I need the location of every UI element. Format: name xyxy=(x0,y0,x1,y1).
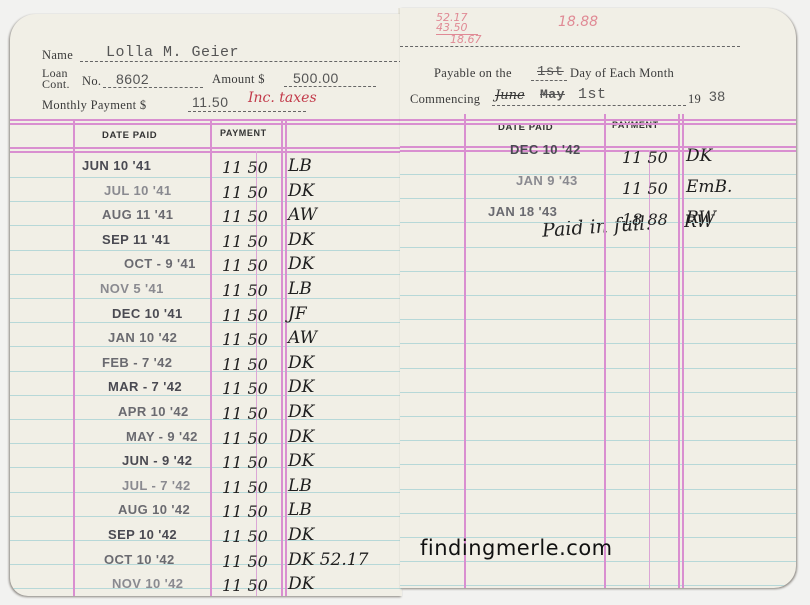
monthly-payment-label: Monthly Payment $ xyxy=(42,98,146,113)
teller-initials: AW xyxy=(288,205,317,225)
ruled-line xyxy=(10,492,402,493)
col-payment-right: PAYMENT xyxy=(612,120,659,130)
payment-amount: 18 88 xyxy=(622,210,668,229)
margin-rule-horizontal xyxy=(10,119,402,121)
calc-line-2: 43.50 xyxy=(436,23,482,33)
margin-rule-horizontal xyxy=(10,151,402,153)
loan-number: 8602 xyxy=(116,71,149,87)
date-paid-stamp: MAR - 7 '42 xyxy=(108,379,182,394)
ruled-line xyxy=(400,585,796,586)
ruled-line xyxy=(10,225,402,226)
date-paid-stamp: JUN - 9 '42 xyxy=(122,453,192,468)
ruled-line xyxy=(10,298,402,299)
teller-initials: LB xyxy=(288,279,312,299)
ruled-line xyxy=(400,222,796,223)
date-paid-stamp: JUL - 7 '42 xyxy=(122,478,191,493)
margin-rule-vertical xyxy=(604,114,606,588)
payment-amount: 11 50 xyxy=(222,232,268,251)
date-paid-stamp: OCT 10 '42 xyxy=(104,552,175,567)
margin-rule-vertical xyxy=(210,120,212,596)
teller-initials: JF xyxy=(288,304,307,324)
payment-amount: 11 50 xyxy=(222,330,268,349)
ruled-line xyxy=(400,319,796,320)
margin-rule-horizontal xyxy=(400,150,796,152)
margin-rule-vertical xyxy=(285,120,287,596)
ruled-line xyxy=(10,540,402,541)
payment-amount: 11 50 xyxy=(622,148,668,167)
teller-initials: DK xyxy=(288,353,314,373)
right-page: 52.17 43.50 18.67 18.88 Payable on the 1… xyxy=(400,8,796,588)
teller-initials: DK xyxy=(686,146,712,166)
date-paid-stamp: JUN 10 '41 xyxy=(82,158,151,173)
payment-amount: 11 50 xyxy=(222,379,268,398)
date-paid-stamp: MAY - 9 '42 xyxy=(126,429,198,444)
date-paid-stamp: NOV 10 '42 xyxy=(112,576,183,591)
calc-result: 18.67 xyxy=(436,35,482,45)
teller-initials: DK xyxy=(288,377,314,397)
payment-amount: 11 50 xyxy=(222,453,268,472)
ruled-line xyxy=(400,343,796,344)
payment-amount: 11 50 xyxy=(622,179,668,198)
ruled-line xyxy=(10,250,402,251)
payment-amount: 11 50 xyxy=(222,576,268,595)
payment-amount: 11 50 xyxy=(222,429,268,448)
date-paid-stamp: JAN 9 '43 xyxy=(516,173,578,188)
date-paid-stamp: JAN 10 '42 xyxy=(108,330,177,345)
payment-amount: 11 50 xyxy=(222,207,268,226)
payment-amount: 11 50 xyxy=(222,527,268,546)
ruled-line xyxy=(400,174,796,175)
margin-rule-horizontal xyxy=(10,123,402,125)
teller-initials: DK xyxy=(288,427,314,447)
ruled-line xyxy=(10,443,402,444)
ruled-line xyxy=(400,247,796,248)
teller-initials: DK xyxy=(288,181,314,201)
margin-rule-vertical xyxy=(73,120,75,596)
teller-initials: DK xyxy=(288,525,314,545)
teller-initials: AW xyxy=(288,328,317,348)
teller-initials: LB xyxy=(288,500,312,520)
ruled-line xyxy=(10,322,402,323)
teller-initials: DK xyxy=(288,230,314,250)
cont-label: Cont. xyxy=(42,79,70,90)
no-label: No. xyxy=(82,74,101,89)
ruled-line xyxy=(10,516,402,517)
ruled-line xyxy=(400,513,796,514)
name-line xyxy=(80,61,402,62)
ruled-line xyxy=(10,346,402,347)
commencing-struck-month-2: May xyxy=(540,87,565,102)
date-paid-stamp: DEC 10 '42 xyxy=(510,142,581,157)
margin-rule-horizontal xyxy=(400,123,796,125)
borrower-name: Lolla M. Geier xyxy=(106,44,239,61)
date-paid-stamp: APR 10 '42 xyxy=(118,404,189,419)
date-paid-stamp: AUG 11 '41 xyxy=(102,207,173,222)
payment-amount: 11 50 xyxy=(222,502,268,521)
loan-no-line xyxy=(103,87,203,88)
payment-amount: 11 50 xyxy=(222,256,268,275)
payment-amount: 11 50 xyxy=(222,306,268,325)
margin-rule-vertical xyxy=(678,114,680,588)
teller-initials: EmB. xyxy=(686,177,732,197)
teller-initials: LB xyxy=(288,156,312,176)
date-paid-stamp: SEP 10 '42 xyxy=(108,527,177,542)
commencing-line xyxy=(492,105,686,106)
payable-day: 1st xyxy=(537,64,564,80)
teller-initials: DK 52.17 xyxy=(288,550,368,570)
payment-amount: 11 50 xyxy=(222,478,268,497)
amount-label: Amount $ xyxy=(212,72,265,87)
name-label: Name xyxy=(42,48,73,63)
ruled-line xyxy=(400,489,796,490)
left-page: Name Lolla M. Geier Loan Cont. No. 8602 … xyxy=(10,14,402,596)
date-paid-stamp: NOV 5 '41 xyxy=(100,281,164,296)
payable-label: Payable on the xyxy=(434,66,512,81)
ruled-line xyxy=(10,177,402,178)
payment-amount: 11 50 xyxy=(222,281,268,300)
date-paid-stamp: JUL 10 '41 xyxy=(104,183,172,198)
ruled-line xyxy=(400,561,796,562)
ruled-line xyxy=(10,395,402,396)
col-payment: PAYMENT xyxy=(220,128,267,138)
payment-amount: 11 50 xyxy=(222,404,268,423)
teller-initials: LB xyxy=(288,476,312,496)
margin-calculation: 52.17 43.50 18.67 xyxy=(436,13,482,45)
ruled-line xyxy=(10,371,402,372)
ruled-line xyxy=(10,467,402,468)
ruled-line xyxy=(400,368,796,369)
date-paid-stamp: JAN 18 '43 xyxy=(488,204,557,219)
payable-line xyxy=(531,80,567,81)
year-prefix: 19 xyxy=(688,92,701,107)
ruled-line xyxy=(10,201,402,202)
ruled-line xyxy=(10,419,402,420)
teller-initials: RW xyxy=(686,208,716,228)
ruled-line xyxy=(400,464,796,465)
ruled-line xyxy=(10,588,402,589)
payment-amount: 11 50 xyxy=(222,355,268,374)
teller-initials: DK xyxy=(288,574,314,594)
date-paid-stamp: OCT - 9 '41 xyxy=(124,256,196,271)
payment-amount: 11 50 xyxy=(222,552,268,571)
date-paid-stamp: FEB - 7 '42 xyxy=(102,355,172,370)
margin-rule-vertical xyxy=(281,120,283,596)
ruled-line xyxy=(400,198,796,199)
col-date-paid: DATE PAID xyxy=(102,130,157,141)
payment-amount: 11 50 xyxy=(222,158,268,177)
ruled-line xyxy=(400,271,796,272)
watermark: findingmerle.com xyxy=(420,536,613,560)
margin-rule-horizontal xyxy=(400,146,796,148)
teller-initials: DK xyxy=(288,402,314,422)
margin-note: 18.88 xyxy=(558,14,598,30)
loan-amount: 500.00 xyxy=(293,70,339,86)
teller-initials: DK xyxy=(288,451,314,471)
teller-initials: DK xyxy=(288,254,314,274)
ruled-line xyxy=(10,274,402,275)
commencing-day: 1st xyxy=(578,86,607,103)
ruled-line xyxy=(400,295,796,296)
date-paid-stamp: SEP 11 '41 xyxy=(102,232,170,247)
monthly-note: Inc. taxes xyxy=(248,90,317,106)
date-paid-stamp: AUG 10 '42 xyxy=(118,502,190,517)
margin-rule-vertical xyxy=(682,114,684,588)
payment-amount: 11 50 xyxy=(222,183,268,202)
margin-rule-vertical xyxy=(464,114,466,588)
commencing-struck-month-1: June xyxy=(495,88,525,103)
ruled-line xyxy=(400,416,796,417)
margin-rule-horizontal xyxy=(10,147,402,149)
monthly-amount: 11.50 xyxy=(192,94,229,110)
amount-line xyxy=(284,86,376,87)
year-value: 38 xyxy=(709,88,726,104)
name-line-continued xyxy=(400,46,740,47)
monthly-line xyxy=(188,111,306,112)
ruled-line xyxy=(400,392,796,393)
payable-suffix: Day of Each Month xyxy=(570,66,674,81)
margin-rule-horizontal xyxy=(400,119,796,121)
ruled-line xyxy=(400,440,796,441)
loan-cont-label: Loan Cont. xyxy=(42,68,70,90)
commencing-label: Commencing xyxy=(410,92,480,107)
date-paid-stamp: DEC 10 '41 xyxy=(112,306,183,321)
